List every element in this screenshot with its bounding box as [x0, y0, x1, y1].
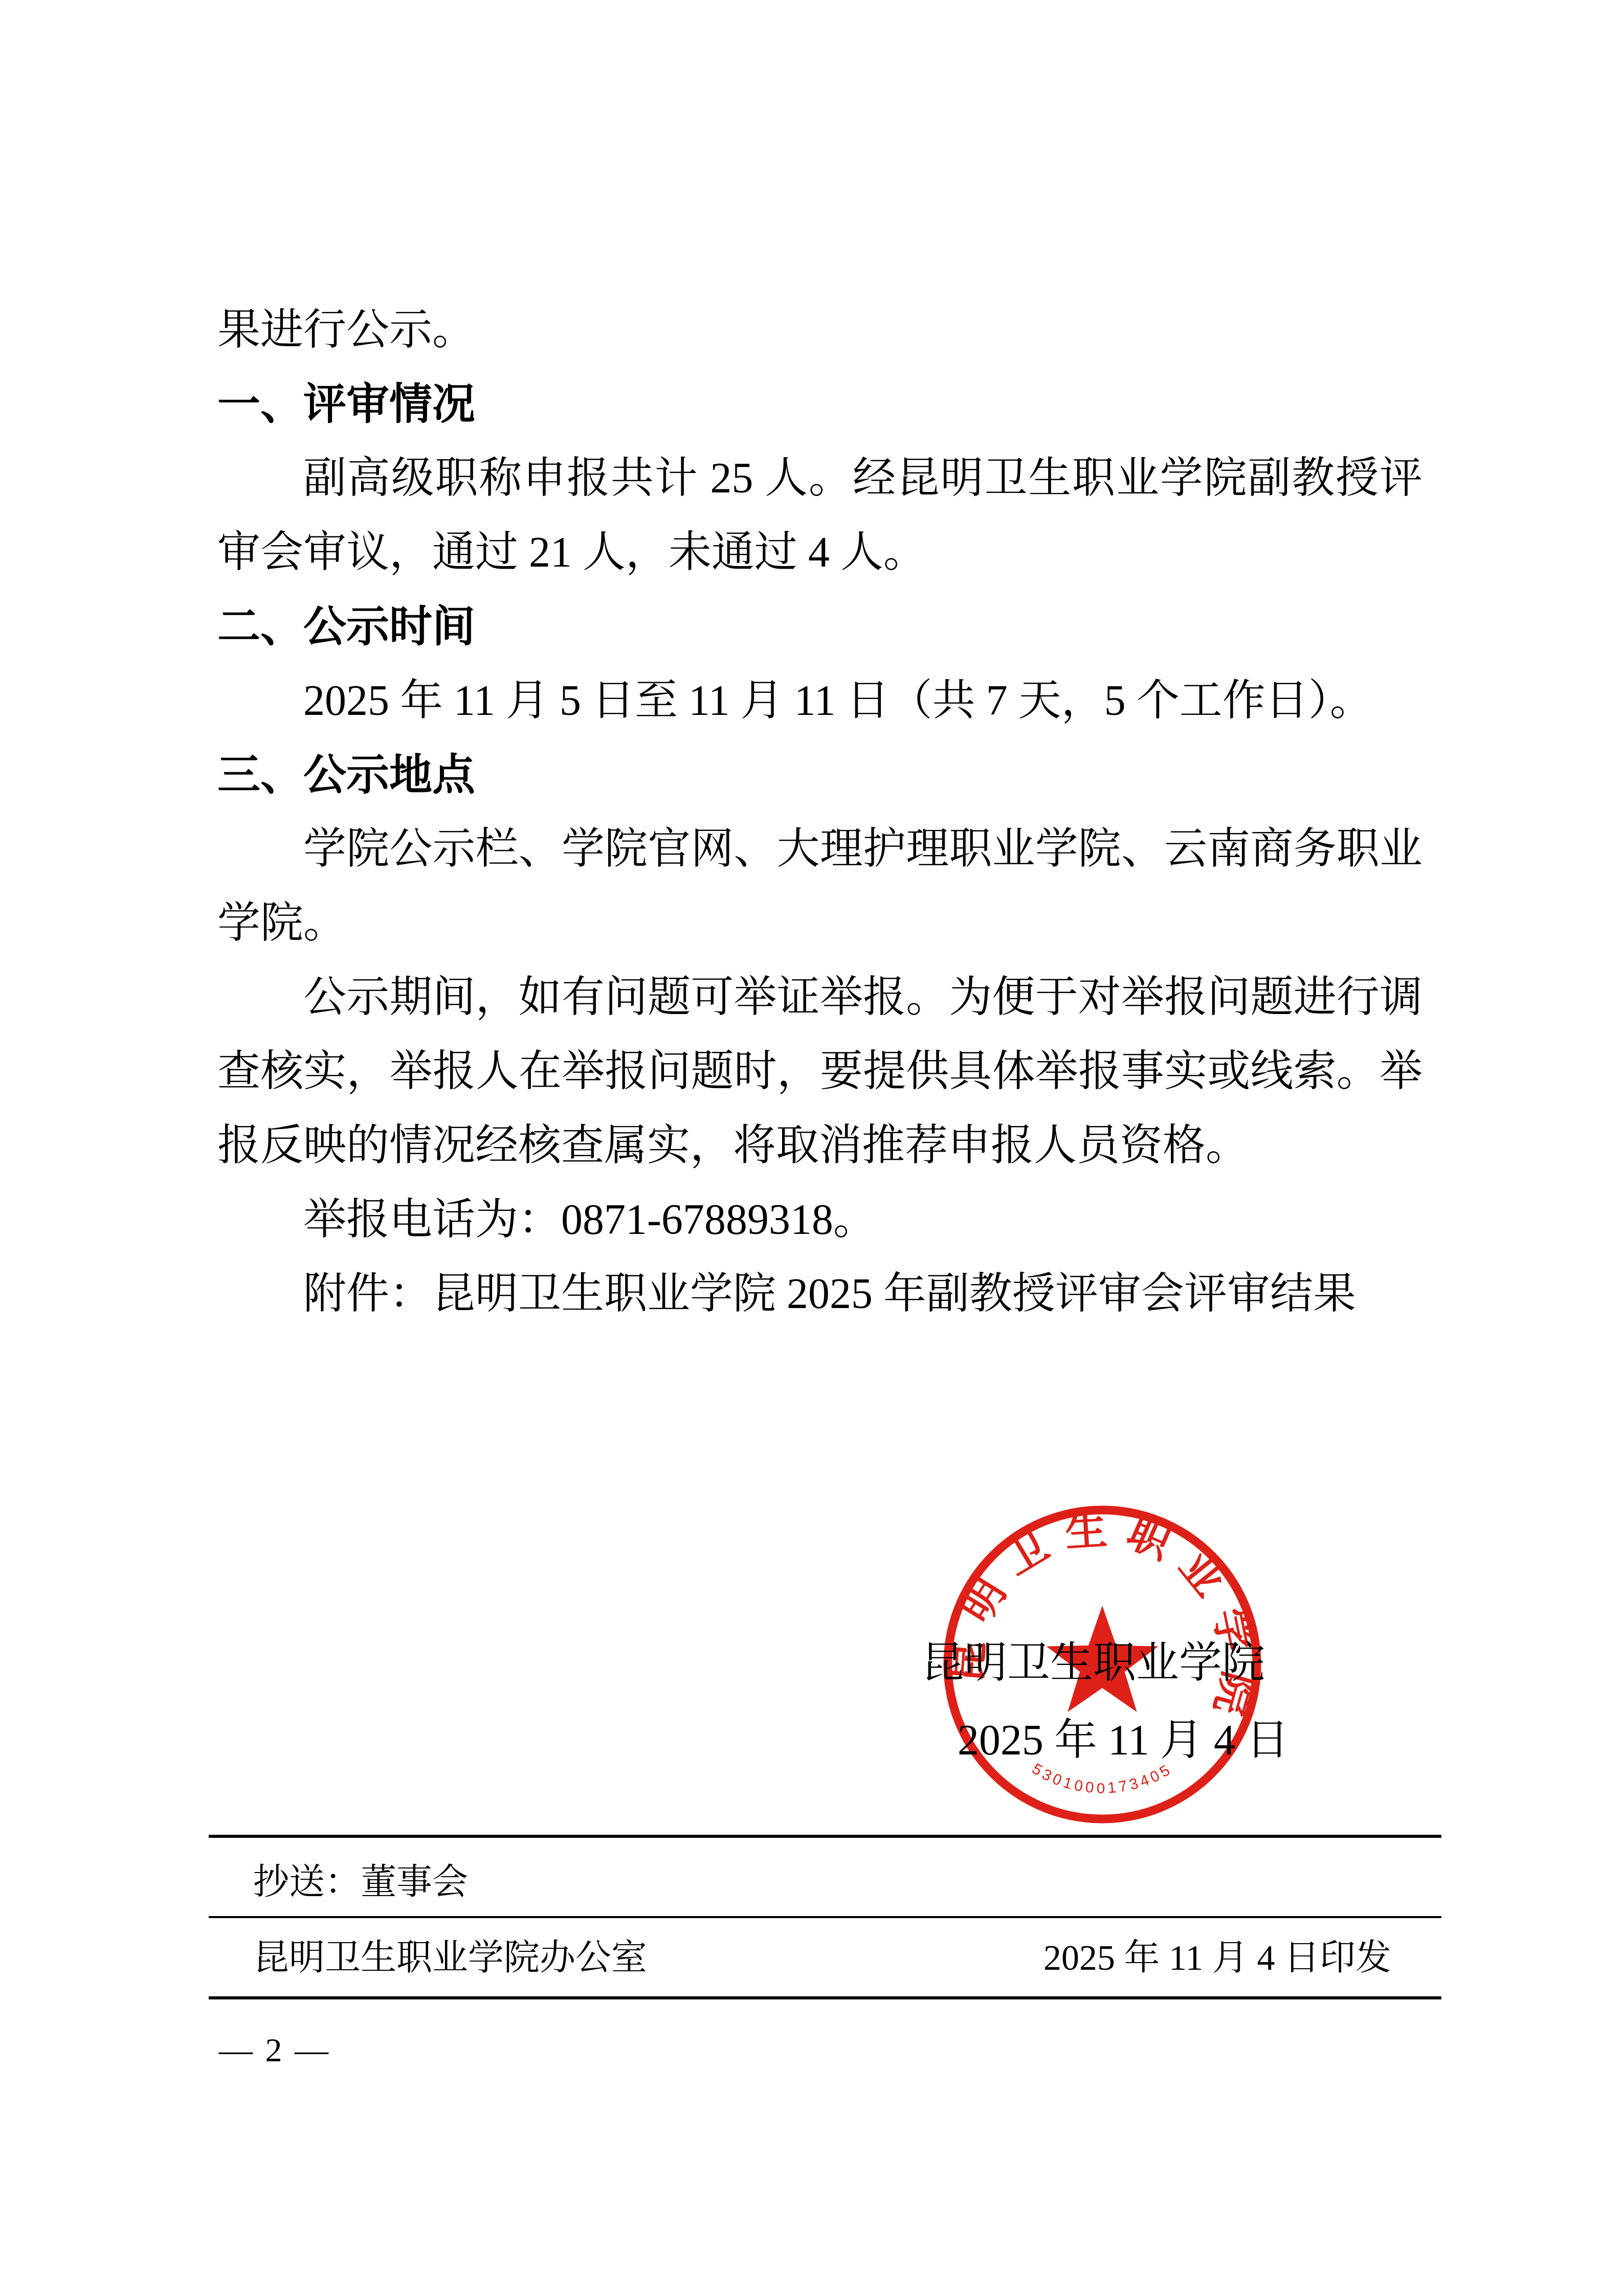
issuer-row: 昆明卫生职业学院办公室 2025 年 11 月 4 日印发 [253, 1939, 1391, 1978]
signature-organization: 昆明卫生职业学院 [921, 1636, 1265, 1691]
body-paragraph-continuation: 果进行公示。 [217, 293, 1422, 367]
body-paragraph-reporting-rules: 公示期间，如有问题可举证举报。为便于对举报问题进行调查核实，举报人在举报问题时，… [217, 960, 1422, 1183]
section-heading-2: 二、公示时间 [217, 590, 1422, 664]
signature-date: 2025 年 11 月 4 日 [958, 1714, 1289, 1768]
hotline-phone-number: 0871-67889318 [561, 1196, 833, 1244]
footer-rule-middle [209, 1916, 1441, 1918]
body-paragraph-publicity-locations: 学院公示栏、学院官网、大理护理职业学院、云南商务职业学院。 [217, 812, 1422, 960]
issue-date: 2025 年 11 月 4 日印发 [1043, 1939, 1391, 1978]
cc-line: 抄送：董事会 [253, 1863, 468, 1902]
footer-rule-bottom [209, 1996, 1441, 1999]
section-heading-3: 三、公示地点 [217, 738, 1422, 812]
document-body: 果进行公示。 一、评审情况 副高级职称申报共计 25 人。经昆明卫生职业学院副教… [217, 293, 1422, 1331]
hotline-suffix: 。 [833, 1196, 876, 1244]
body-paragraph-publicity-period: 2025 年 11 月 5 日至 11 月 11 日（共 7 天，5 个工作日）… [217, 664, 1422, 738]
attachment-line: 附件：昆明卫生职业学院 2025 年副教授评审会评审结果 [217, 1257, 1422, 1331]
section-heading-1: 一、评审情况 [217, 367, 1422, 441]
document-page: 果进行公示。 一、评审情况 副高级职称申报共计 25 人。经昆明卫生职业学院副教… [0, 0, 1624, 2296]
page-number: — 2 — [219, 2031, 330, 2070]
body-paragraph-review-stats: 副高级职称申报共计 25 人。经昆明卫生职业学院副教授评审会审议，通过 21 人… [217, 441, 1422, 590]
issuer-office: 昆明卫生职业学院办公室 [253, 1939, 647, 1978]
footer-rule-top [209, 1835, 1441, 1838]
hotline-label: 举报电话为： [303, 1196, 561, 1244]
body-paragraph-hotline: 举报电话为：0871-67889318。 [217, 1183, 1422, 1257]
